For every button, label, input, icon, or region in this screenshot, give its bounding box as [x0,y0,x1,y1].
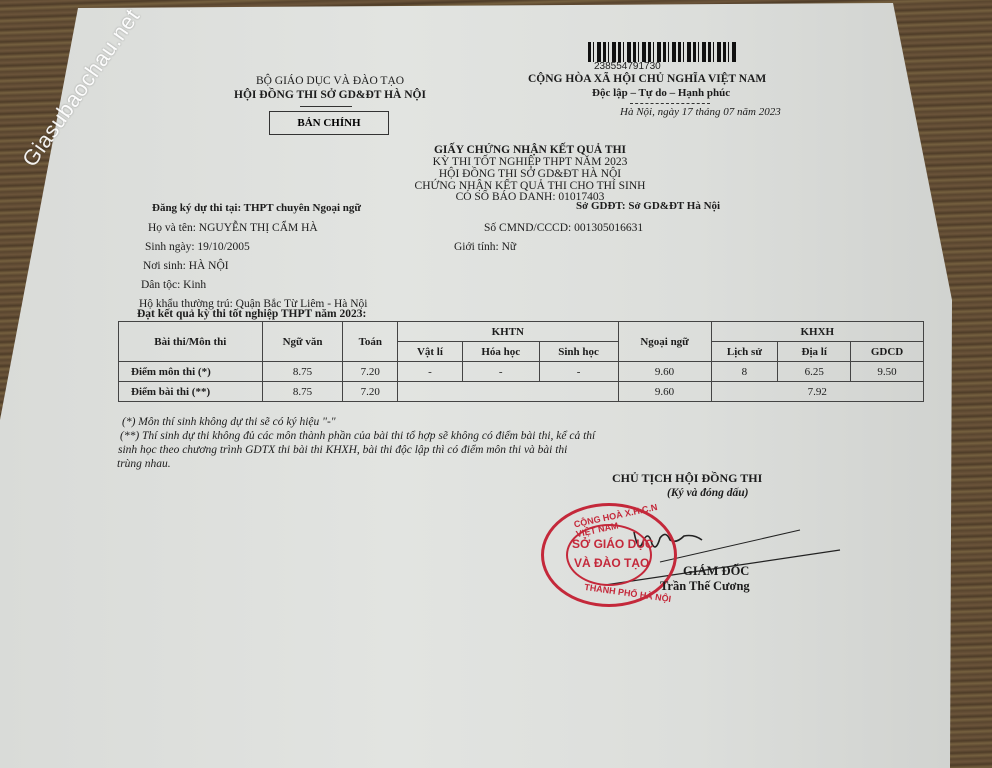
row-label: Điểm bài thi (**) [119,382,263,402]
signature-instruction: (Ký và đóng dấu) [667,487,748,499]
header-divider [300,106,352,107]
exam-score-khtn [398,382,618,402]
candidate-name: Họ và tên: NGUYỄN THỊ CẨM HÀ [148,222,318,234]
header-geography: Địa lí [778,342,851,362]
header-khxh-group: KHXH [711,322,923,342]
exam-name: KỲ THI TỐT NGHIỆP THPT NĂM 2023 [300,156,760,168]
candidate-gender: Giới tính: Nữ [454,241,516,253]
table-row-exam-scores: Điểm bài thi (**) 8.75 7.20 9.60 7.92 [119,382,924,402]
issue-date: Hà Nội, ngày 17 tháng 07 năm 2023 [620,106,781,118]
signer-title: GIÁM ĐỐC [683,564,749,579]
original-copy-box: BẢN CHÍNH [269,111,389,135]
official-seal: CỘNG HOÀ X.H.C.N VIỆT NAM SỞ GIÁO DỤC VÀ… [541,503,677,607]
header-biology: Sinh học [539,342,618,362]
candidate-birthplace: Nơi sinh: HÀ NỘI [143,260,229,272]
exam-score-literature: 8.75 [262,382,343,402]
national-motto: Độc lập – Tự do – Hạnh phúc [592,87,730,99]
registration-school: Đăng ký dự thi tại: THPT chuyên Ngoại ng… [152,202,361,214]
score-geography: 6.25 [778,362,851,382]
exam-council: HỘI ĐỒNG THI SỞ GD&ĐT HÀ NỘI [300,168,760,180]
exam-score-khxh: 7.92 [711,382,923,402]
signer-role: CHỦ TỊCH HỘI ĐỒNG THI [612,471,762,486]
seal-line1: SỞ GIÁO DỤC [572,537,654,551]
header-khtn-group: KHTN [398,322,618,342]
row-label: Điểm môn thi (*) [119,362,263,382]
score-history: 8 [711,362,778,382]
header-subject: Bài thi/Môn thi [119,322,263,362]
motto-divider [630,103,710,104]
seal-line2: VÀ ĐÀO TẠO [574,556,649,570]
header-physics: Vật lí [398,342,463,362]
candidate-id-number: Số CMND/CCCD: 001305016631 [484,222,643,234]
exam-score-math: 7.20 [343,382,398,402]
barcode-number: 238554791730 [594,61,661,72]
score-chemistry: - [462,362,539,382]
note-composite-line2: sinh học theo chương trình GDTX thi bài … [118,444,567,456]
note-absent-symbol: (*) Môn thí sinh không dự thi sẽ có ký h… [122,416,336,428]
table-row-subject-scores: Điểm môn thi (*) 8.75 7.20 - - - 9.60 8 … [119,362,924,382]
candidate-ethnicity: Dân tộc: Kinh [141,279,206,291]
score-literature: 8.75 [262,362,343,382]
header-math: Toán [343,322,398,362]
score-civics: 9.50 [851,362,924,382]
results-heading: Đạt kết quả kỳ thi tốt nghiệp THPT năm 2… [137,308,366,320]
council-name: HỘI ĐỒNG THI SỞ GD&ĐT HÀ NỘI [180,89,480,101]
header-civics: GDCD [851,342,924,362]
note-composite-line3: trùng nhau. [117,458,171,470]
barcode [588,42,738,62]
score-foreign-language: 9.60 [618,362,711,382]
header-chemistry: Hóa học [462,342,539,362]
certificate-title: GIẤY CHỨNG NHẬN KẾT QUẢ THI [300,144,760,156]
country-name: CỘNG HÒA XÃ HỘI CHỦ NGHĨA VIỆT NAM [528,73,766,85]
exam-score-foreign-language: 9.60 [618,382,711,402]
header-foreign-language: Ngoại ngữ [618,322,711,362]
note-composite-line1: (**) Thí sinh dự thi không đủ các môn th… [120,430,595,442]
candidate-dob: Sinh ngày: 19/10/2005 [145,241,250,253]
score-biology: - [539,362,618,382]
score-table: Bài thi/Môn thi Ngữ văn Toán KHTN Ngoại … [118,321,924,402]
score-physics: - [398,362,463,382]
ministry-name: BỘ GIÁO DỤC VÀ ĐÀO TẠO [200,75,460,87]
signer-name: Trần Thế Cương [660,579,750,594]
header-history: Lịch sử [711,342,778,362]
score-math: 7.20 [343,362,398,382]
header-literature: Ngữ văn [262,322,343,362]
seal-ring-bottom: THÀNH PHỐ HÀ NỘI [584,582,672,604]
registration-department: Sở GDĐT: Sở GD&ĐT Hà Nội [576,200,720,212]
